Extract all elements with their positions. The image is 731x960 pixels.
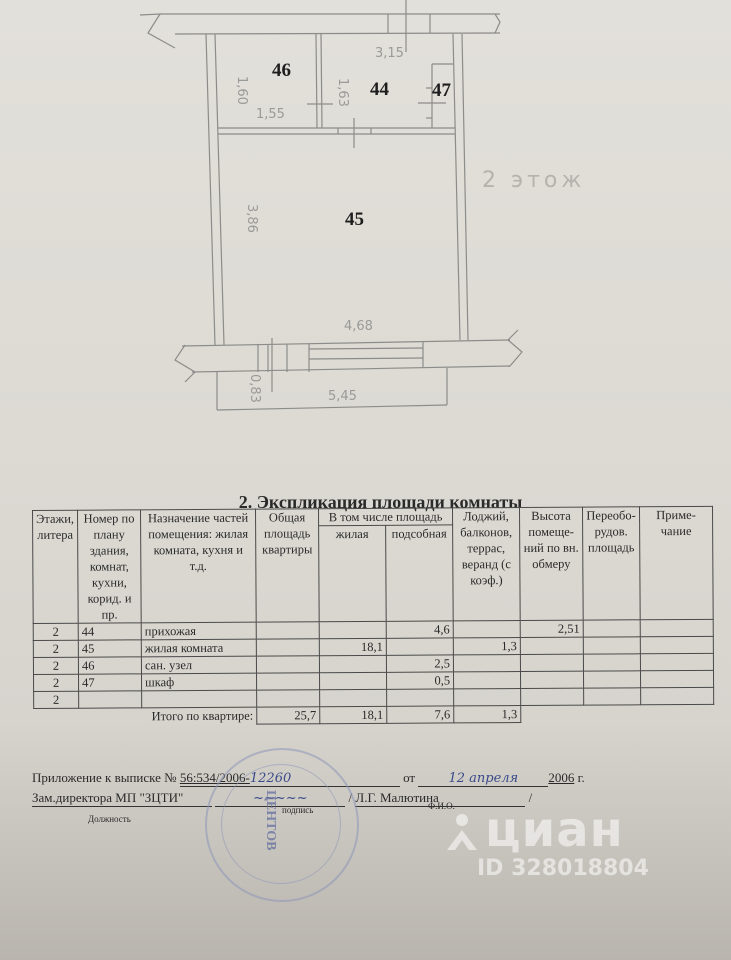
total-loggia: 1,3 bbox=[454, 706, 521, 723]
cell-aux: 0,5 bbox=[386, 672, 453, 689]
header-living: жилая bbox=[319, 525, 387, 621]
header-height: Высота помеще-ний по вн. обмеру bbox=[519, 507, 583, 620]
cell-aux bbox=[386, 638, 453, 655]
header-incl: В том числе площадь bbox=[318, 508, 452, 526]
dim-balcony-depth: 0,83 bbox=[247, 374, 262, 403]
cell-floor: 2 bbox=[34, 691, 79, 708]
room-45-label: 45 bbox=[345, 209, 364, 230]
cell-loggia bbox=[453, 672, 520, 689]
official-stamp bbox=[205, 748, 359, 902]
cell-loggia bbox=[453, 621, 520, 638]
cell-height bbox=[521, 688, 584, 705]
cell-number: 44 bbox=[78, 623, 141, 640]
cell-reequip bbox=[583, 654, 640, 671]
cell-floor: 2 bbox=[33, 640, 78, 657]
cell-purpose bbox=[142, 690, 257, 708]
room-47-label: 47 bbox=[432, 80, 452, 101]
cell-living bbox=[320, 689, 387, 706]
cell-total bbox=[257, 690, 320, 707]
dim-room44-height: 1,63 bbox=[335, 78, 350, 107]
explication-table: Этажи, литера Номер по плану здания, ком… bbox=[32, 506, 714, 726]
total-label: Итого по квартире: bbox=[34, 707, 257, 725]
cell-number bbox=[79, 691, 142, 708]
cell-reequip bbox=[583, 671, 640, 688]
floor-plan-drawing: 1,60 1,55 1,63 3,15 3,86 4,68 0,83 5,45 … bbox=[0, 0, 731, 420]
cell-aux: 2,5 bbox=[386, 655, 453, 672]
cell-aux: 4,6 bbox=[386, 621, 453, 638]
cell-total bbox=[257, 673, 320, 690]
position-caption: Должность bbox=[88, 814, 131, 824]
cell-number: 47 bbox=[79, 674, 142, 691]
cell-total bbox=[256, 639, 319, 656]
cell-note bbox=[640, 653, 713, 670]
room-46-label: 46 bbox=[272, 60, 291, 81]
cell-loggia: 1,3 bbox=[453, 638, 520, 655]
cell-purpose: сан. узел bbox=[141, 656, 256, 674]
cell-floor: 2 bbox=[34, 674, 79, 691]
dim-room45-width: 4,68 bbox=[344, 319, 373, 334]
cell-living bbox=[319, 621, 386, 638]
cell-number: 45 bbox=[78, 640, 141, 657]
dim-room45-height: 3,86 bbox=[244, 204, 259, 233]
cell-floor: 2 bbox=[33, 623, 78, 640]
cell-total bbox=[256, 656, 319, 673]
dim-top-width: 3,15 bbox=[375, 46, 404, 61]
header-reequip: Переобо-рудов. площадь bbox=[582, 507, 640, 620]
name-caption: Ф.И.О. bbox=[428, 801, 455, 811]
cell-note bbox=[640, 619, 713, 636]
total-area: 25,7 bbox=[257, 707, 320, 724]
header-floor: Этажи, литера bbox=[33, 510, 79, 623]
floor-label: 2 этож bbox=[482, 168, 585, 193]
cell-height bbox=[520, 637, 583, 654]
cian-logo-icon bbox=[445, 812, 479, 852]
cell-living: 18,1 bbox=[319, 638, 386, 655]
room-44-label: 44 bbox=[370, 79, 390, 100]
total-living: 18,1 bbox=[320, 706, 387, 723]
header-note: Приме-чание bbox=[639, 506, 713, 619]
stamp-text: ЦЕНТОВ bbox=[262, 790, 278, 851]
cell-living bbox=[319, 672, 386, 689]
header-loggia: Лоджий, балконов, террас, веранд (с коэф… bbox=[452, 508, 520, 621]
cell-loggia bbox=[453, 655, 520, 672]
cell-height: 2,51 bbox=[520, 620, 583, 637]
cell-purpose: прихожая bbox=[141, 622, 256, 640]
cell-total bbox=[256, 622, 319, 639]
dim-room46-height: 1,60 bbox=[234, 76, 249, 105]
from-label: от bbox=[403, 770, 415, 785]
header-purpose: Назначение частей помещения: жилая комна… bbox=[141, 509, 257, 623]
dim-balcony-width: 5,45 bbox=[328, 389, 357, 404]
dim-room46-width: 1,55 bbox=[256, 107, 285, 122]
total-aux: 7,6 bbox=[387, 706, 454, 723]
year-suffix: г. bbox=[578, 770, 585, 785]
header-total: Общая площадь квартиры bbox=[255, 509, 319, 622]
header-number: Номер по плану здания, комнат, кухни, ко… bbox=[78, 510, 142, 623]
listing-id: ID 328018804 bbox=[477, 856, 649, 881]
cell-reequip bbox=[583, 637, 640, 654]
cell-note bbox=[641, 687, 714, 704]
cian-brand: циан bbox=[485, 802, 624, 858]
cell-note bbox=[640, 670, 713, 687]
cell-purpose: жилая комната bbox=[141, 639, 256, 657]
date-handwritten: 12 апреля bbox=[448, 771, 518, 786]
cell-living bbox=[319, 655, 386, 672]
cell-loggia bbox=[454, 689, 521, 706]
cell-reequip bbox=[584, 688, 641, 705]
year: 2006 bbox=[548, 770, 574, 785]
position: Зам.директора МП "ЗЦТИ" bbox=[32, 790, 212, 807]
cell-height bbox=[520, 671, 583, 688]
cell-reequip bbox=[583, 620, 640, 637]
cell-purpose: шкаф bbox=[142, 673, 257, 691]
cell-floor: 2 bbox=[33, 657, 78, 674]
floor-plan: 1,60 1,55 1,63 3,15 3,86 4,68 0,83 5,45 … bbox=[0, 0, 731, 420]
cell-height bbox=[520, 654, 583, 671]
cell-note bbox=[640, 636, 713, 653]
cell-number: 46 bbox=[78, 657, 141, 674]
cell-aux bbox=[387, 689, 454, 706]
appendix-label: Приложение к выписке № bbox=[32, 770, 177, 785]
header-aux: подсобная bbox=[386, 525, 454, 621]
